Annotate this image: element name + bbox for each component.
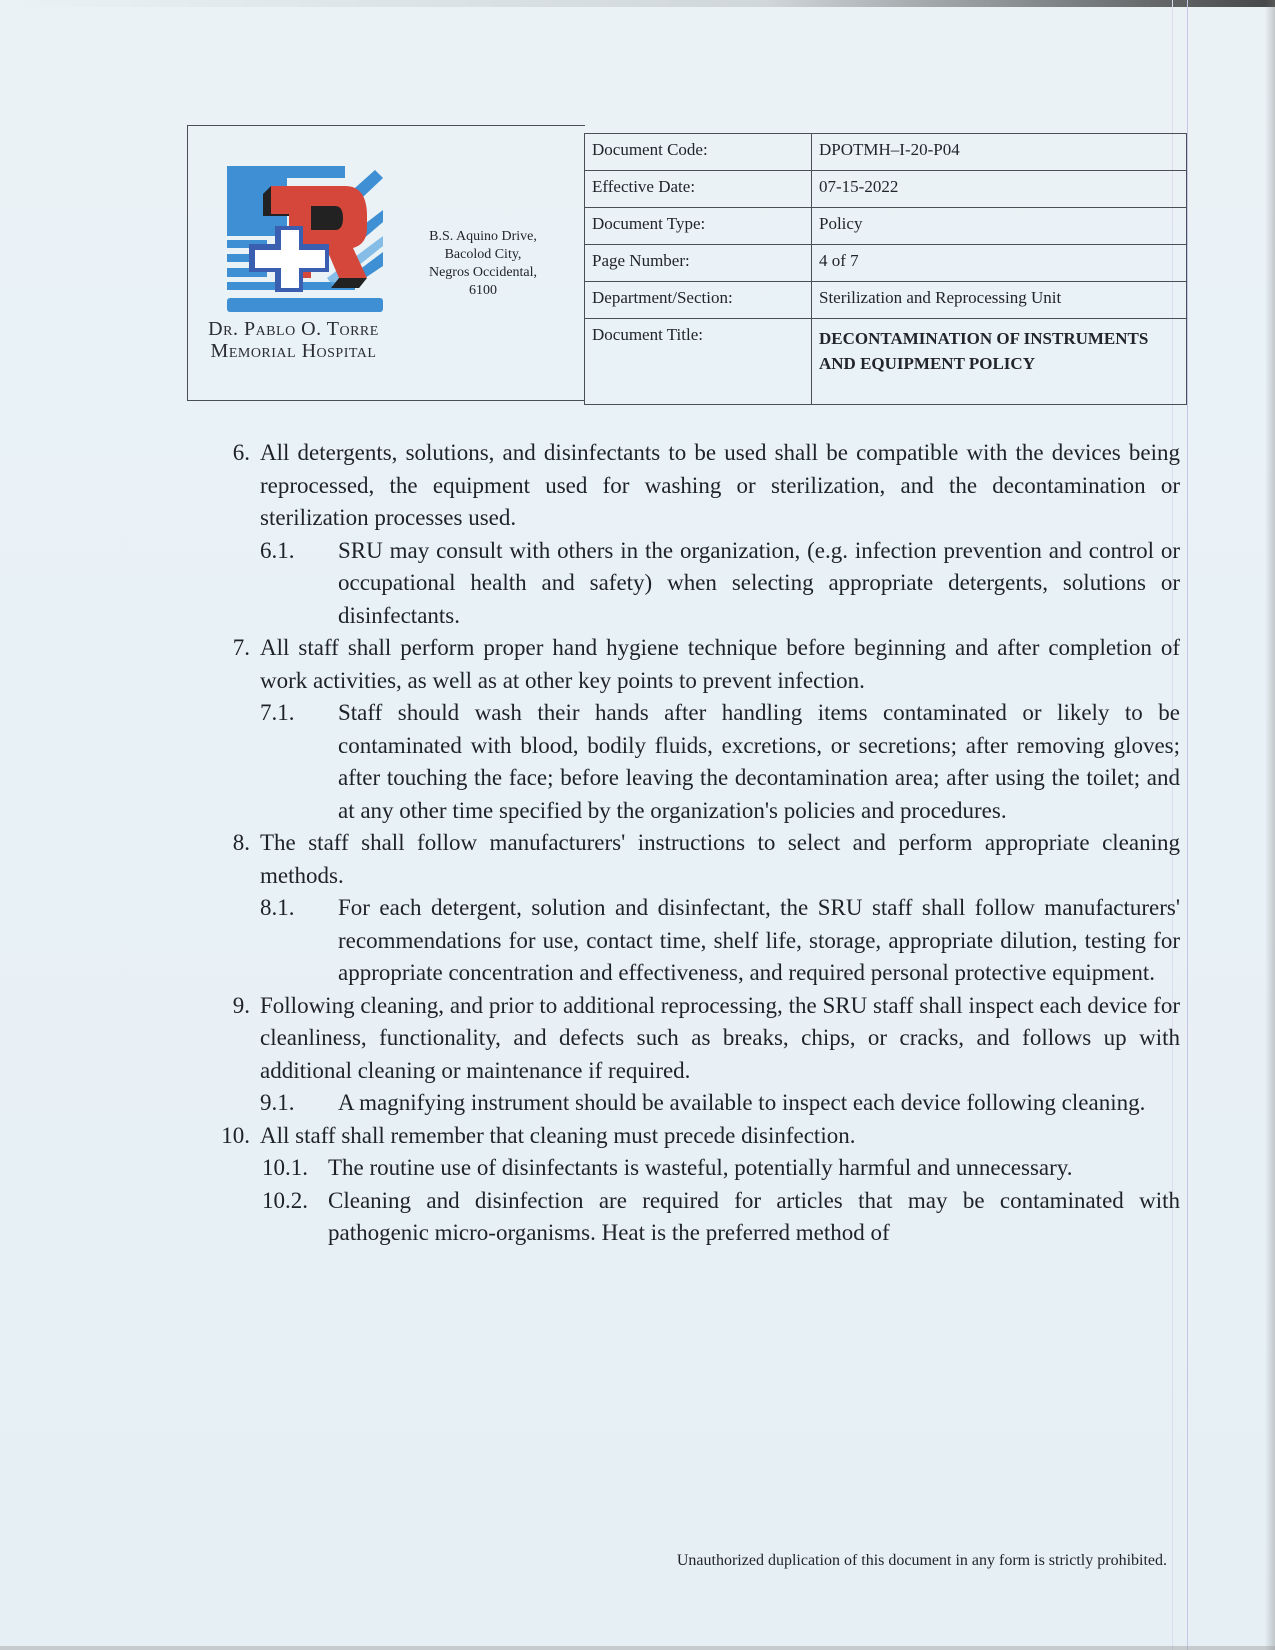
- hospital-name-line2: Memorial Hospital: [196, 340, 391, 362]
- scan-right-edge: [1265, 0, 1275, 1650]
- document-header-branding: Dr. Pablo O. Torre Memorial Hospital B.S…: [187, 125, 585, 401]
- policy-item-text: Cleaning and disinfection are required f…: [328, 1185, 1180, 1250]
- policy-item-number: 8.: [210, 827, 250, 860]
- scan-bottom-edge: [0, 1646, 1275, 1650]
- address-line: Bacolod City,: [413, 246, 553, 264]
- policy-item-text: For each detergent, solution and disinfe…: [338, 892, 1180, 990]
- meta-label: Effective Date:: [585, 171, 812, 208]
- policy-item-number: 8.1.: [260, 892, 330, 925]
- document-page: Dr. Pablo O. Torre Memorial Hospital B.S…: [0, 0, 1275, 1650]
- hospital-name: Dr. Pablo O. Torre Memorial Hospital: [196, 318, 391, 362]
- policy-item: 7.1.Staff should wash their hands after …: [210, 697, 1180, 827]
- policy-item-text: The routine use of disinfectants is wast…: [328, 1152, 1180, 1185]
- policy-item-number: 9.: [210, 990, 250, 1023]
- policy-item-text: All detergents, solutions, and disinfect…: [260, 437, 1180, 535]
- policy-item: 10.2.Cleaning and disinfection are requi…: [210, 1185, 1180, 1250]
- meta-label: Page Number:: [585, 245, 812, 282]
- meta-row-effective-date: Effective Date: 07-15-2022: [585, 171, 1187, 208]
- policy-item-text: The staff shall follow manufacturers' in…: [260, 827, 1180, 892]
- meta-label: Document Code:: [585, 134, 812, 171]
- policy-item-text: Following cleaning, and prior to additio…: [260, 990, 1180, 1088]
- policy-item: 9.1.A magnifying instrument should be av…: [210, 1087, 1180, 1120]
- document-type-value: Policy: [812, 208, 1187, 245]
- policy-item-text: All staff shall remember that cleaning m…: [260, 1120, 1180, 1153]
- policy-item-text: All staff shall perform proper hand hygi…: [260, 632, 1180, 697]
- policy-item: 9.Following cleaning, and prior to addit…: [210, 990, 1180, 1088]
- effective-date-value: 07-15-2022: [812, 171, 1187, 208]
- hospital-address: B.S. Aquino Drive, Bacolod City, Negros …: [413, 228, 553, 300]
- meta-label: Document Title:: [585, 319, 812, 405]
- meta-row-page-number: Page Number: 4 of 7: [585, 245, 1187, 282]
- policy-item-text: Staff should wash their hands after hand…: [338, 697, 1180, 827]
- policy-item-number: 7.1.: [260, 697, 330, 730]
- policy-item: 8.The staff shall follow manufacturers' …: [210, 827, 1180, 892]
- meta-row-department: Department/Section: Sterilization and Re…: [585, 282, 1187, 319]
- margin-guide-line: [1187, 0, 1188, 1650]
- policy-item-number: 10.1.: [262, 1152, 324, 1185]
- policy-item-text: A magnifying instrument should be availa…: [338, 1087, 1180, 1120]
- department-value: Sterilization and Reprocessing Unit: [812, 282, 1187, 319]
- address-line: Negros Occidental,: [413, 264, 553, 282]
- hospital-cross-r-logo-icon: [227, 166, 383, 316]
- policy-item: 10.1.The routine use of disinfectants is…: [210, 1152, 1180, 1185]
- policy-item-number: 6.1.: [260, 535, 330, 568]
- policy-item-number: 10.2.: [262, 1185, 324, 1218]
- meta-label: Document Type:: [585, 208, 812, 245]
- policy-item: 6.1.SRU may consult with others in the o…: [210, 535, 1180, 633]
- policy-item-number: 9.1.: [260, 1087, 330, 1120]
- policy-item-number: 10.: [210, 1120, 250, 1153]
- address-line: B.S. Aquino Drive,: [413, 228, 553, 246]
- meta-label: Department/Section:: [585, 282, 812, 319]
- meta-row-document-type: Document Type: Policy: [585, 208, 1187, 245]
- meta-row-document-code: Document Code: DPOTMH–I-20-P04: [585, 134, 1187, 171]
- policy-item-text: SRU may consult with others in the organ…: [338, 535, 1180, 633]
- policy-item-number: 7.: [210, 632, 250, 665]
- document-metadata-table: Document Code: DPOTMH–I-20-P04 Effective…: [584, 133, 1187, 405]
- scan-top-shadow: [0, 0, 1275, 7]
- policy-item-number: 6.: [210, 437, 250, 470]
- policy-item: 10.All staff shall remember that cleanin…: [210, 1120, 1180, 1153]
- document-code-value: DPOTMH–I-20-P04: [812, 134, 1187, 171]
- hospital-name-line1: Dr. Pablo O. Torre: [196, 318, 391, 340]
- policy-item: 7.All staff shall perform proper hand hy…: [210, 632, 1180, 697]
- document-title-value: DECONTAMINATION OF INSTRUMENTS AND EQUIP…: [812, 319, 1187, 405]
- confidentiality-notice: Unauthorized duplication of this documen…: [527, 1552, 1167, 1570]
- meta-row-document-title: Document Title: DECONTAMINATION OF INSTR…: [585, 319, 1187, 405]
- page-number-value: 4 of 7: [812, 245, 1187, 282]
- policy-item: 8.1.For each detergent, solution and dis…: [210, 892, 1180, 990]
- policy-item: 6.All detergents, solutions, and disinfe…: [210, 437, 1180, 535]
- policy-list: 6.All detergents, solutions, and disinfe…: [210, 437, 1180, 1250]
- address-line: 6100: [413, 282, 553, 300]
